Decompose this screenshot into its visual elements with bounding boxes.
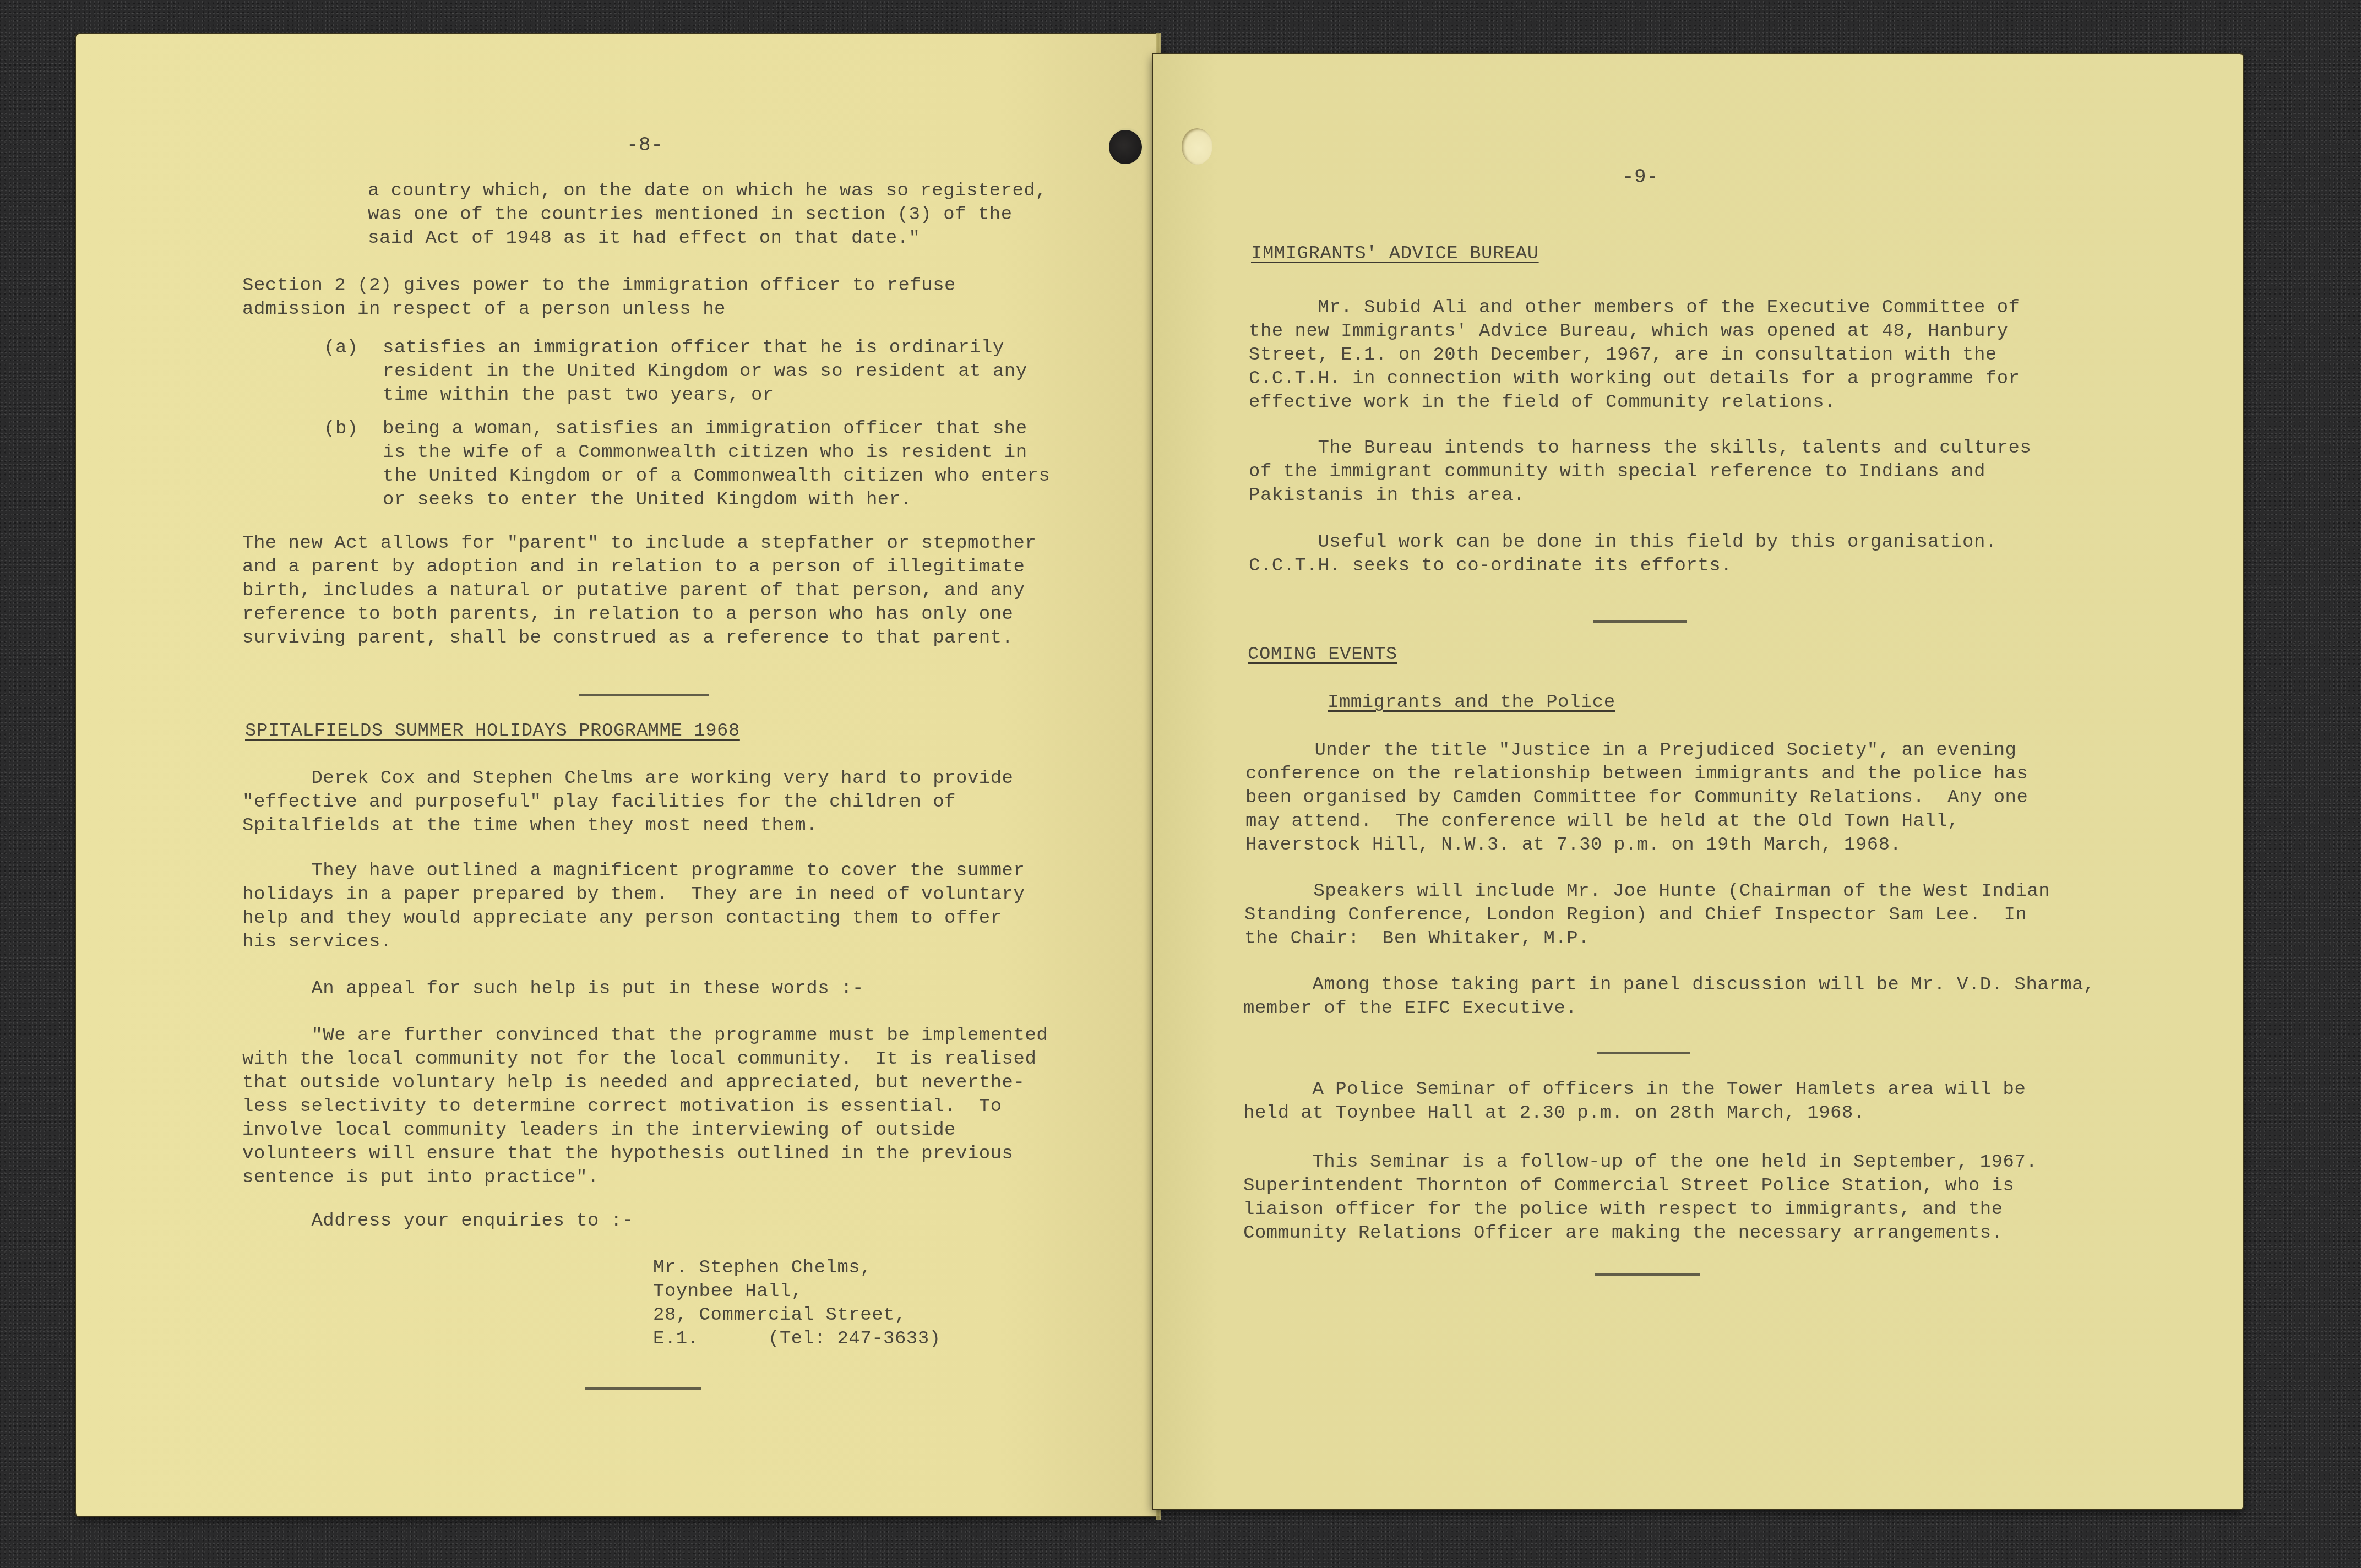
text-line: The new Act allows for "parent" to inclu…: [242, 532, 1036, 556]
text-line: and a parent by adoption and in relation…: [242, 556, 1025, 579]
text-line: his services.: [242, 930, 392, 954]
section-divider: [579, 694, 709, 696]
section-heading: SPITALFIELDS SUMMER HOLIDAYS PROGRAMME 1…: [245, 720, 740, 743]
text-line: Haverstock Hill, N.W.3. at 7.30 p.m. on …: [1245, 834, 1902, 857]
text-line: resident in the United Kingdom or was so…: [383, 360, 1027, 384]
text-line: Spitalfields at the time when they most …: [242, 814, 818, 838]
text-line: Under the title "Justice in a Prejudiced…: [1245, 739, 2017, 763]
address-line: E.1. (Tel: 247-3633): [653, 1327, 941, 1351]
text-line: the United Kingdom or of a Commonwealth …: [383, 465, 1050, 488]
text-line: Street, E.1. on 20th December, 1967, are…: [1249, 344, 1997, 367]
text-line: less selectivity to determine correct mo…: [242, 1095, 1002, 1119]
text-line: said Act of 1948 as it had effect on tha…: [368, 227, 920, 251]
text-line: C.C.T.H. in connection with working out …: [1249, 367, 2020, 391]
text-line: "We are further convinced that the progr…: [242, 1024, 1048, 1048]
address-line: 28, Commercial Street,: [653, 1304, 906, 1327]
section-heading: IMMIGRANTS' ADVICE BUREAU: [1251, 242, 1539, 266]
text-line: Superintendent Thornton of Commercial St…: [1243, 1174, 2015, 1198]
text-line: reference to both parents, in relation t…: [242, 603, 1014, 627]
text-line: with the local community not for the loc…: [242, 1048, 1036, 1071]
text-line: volunteers will ensure that the hypothes…: [242, 1142, 1014, 1166]
section-divider: [1593, 620, 1687, 623]
text-line: or seeks to enter the United Kingdom wit…: [383, 488, 912, 512]
text-line: involve local community leaders in the i…: [242, 1119, 956, 1142]
section-divider: [585, 1387, 701, 1390]
text-line: Derek Cox and Stephen Chelms are working…: [242, 767, 1014, 791]
appeal-intro: An appeal for such help is put in these …: [242, 977, 864, 1001]
text-line: Among those taking part in panel discuss…: [1243, 973, 2095, 997]
text-line: member of the EIFC Executive.: [1243, 997, 1577, 1021]
address-line: Toynbee Hall,: [653, 1280, 803, 1304]
text-line: "effective and purposeful" play faciliti…: [242, 791, 956, 814]
text-line: Pakistanis in this area.: [1249, 484, 1525, 508]
text-line: was one of the countries mentioned in se…: [368, 203, 1013, 227]
text-line: help and they would appreciate any perso…: [242, 907, 1002, 930]
text-line: Community Relations Officer are making t…: [1243, 1222, 2003, 1245]
text-line: is the wife of a Commonwealth citizen wh…: [383, 441, 1027, 465]
address-line: Mr. Stephen Chelms,: [653, 1256, 872, 1280]
text-line: the new Immigrants' Advice Bureau, which…: [1249, 320, 2009, 344]
clause-marker: (b): [324, 417, 358, 441]
text-line: that outside voluntary help is needed an…: [242, 1071, 1025, 1095]
punch-hole-icon: [1109, 130, 1142, 164]
text-line: being a woman, satisfies an immigration …: [383, 417, 1027, 441]
section-divider: [1595, 1273, 1700, 1276]
text-line: satisfies an immigration officer that he…: [383, 336, 1004, 360]
text-line: sentence is put into practice".: [242, 1166, 599, 1190]
text-line: Section 2 (2) gives power to the immigra…: [242, 274, 956, 298]
text-line: of the immigrant community with special …: [1249, 460, 1985, 484]
text-line: may attend. The conference will be held …: [1245, 810, 1959, 834]
section-divider: [1597, 1052, 1690, 1054]
text-line: Speakers will include Mr. Joe Hunte (Cha…: [1244, 880, 2050, 903]
text-line: time within the past two years, or: [383, 384, 774, 407]
text-line: held at Toynbee Hall at 2.30 p.m. on 28t…: [1243, 1102, 1865, 1125]
text-line: surviving parent, shall be construed as …: [242, 627, 1014, 650]
text-line: been organised by Camden Committee for C…: [1245, 786, 2028, 810]
text-line: A Police Seminar of officers in the Towe…: [1243, 1078, 2026, 1102]
text-line: liaison officer for the police with resp…: [1243, 1198, 2003, 1222]
text-line: Standing Conference, London Region) and …: [1244, 903, 2027, 927]
text-line: a country which, on the date on which he…: [368, 179, 1047, 203]
punch-hole-icon: [1182, 128, 1212, 165]
text-line: C.C.T.H. seeks to co-ordinate its effort…: [1249, 554, 1732, 578]
text-line: holidays in a paper prepared by them. Th…: [242, 883, 1025, 907]
text-line: birth, includes a natural or putative pa…: [242, 579, 1025, 603]
section-heading: COMING EVENTS: [1248, 643, 1397, 667]
text-line: The Bureau intends to harness the skills…: [1249, 437, 2031, 460]
enquiries-intro: Address your enquiries to :-: [242, 1210, 634, 1233]
text-line: This Seminar is a follow-up of the one h…: [1243, 1151, 2037, 1174]
text-line: effective work in the field of Community…: [1249, 391, 1836, 415]
text-line: Useful work can be done in this field by…: [1249, 531, 1997, 554]
text-line: Mr. Subid Ali and other members of the E…: [1249, 296, 2020, 320]
page-number: -8-: [627, 133, 663, 157]
page-number: -9-: [1622, 165, 1658, 189]
text-line: conference on the relationship between i…: [1245, 763, 2028, 786]
text-line: They have outlined a magnificent program…: [242, 859, 1025, 883]
text-line: admission in respect of a person unless …: [242, 298, 726, 322]
subsection-heading: Immigrants and the Police: [1328, 691, 1615, 715]
clause-marker: (a): [324, 336, 358, 360]
text-line: the Chair: Ben Whitaker, M.P.: [1244, 927, 1590, 951]
